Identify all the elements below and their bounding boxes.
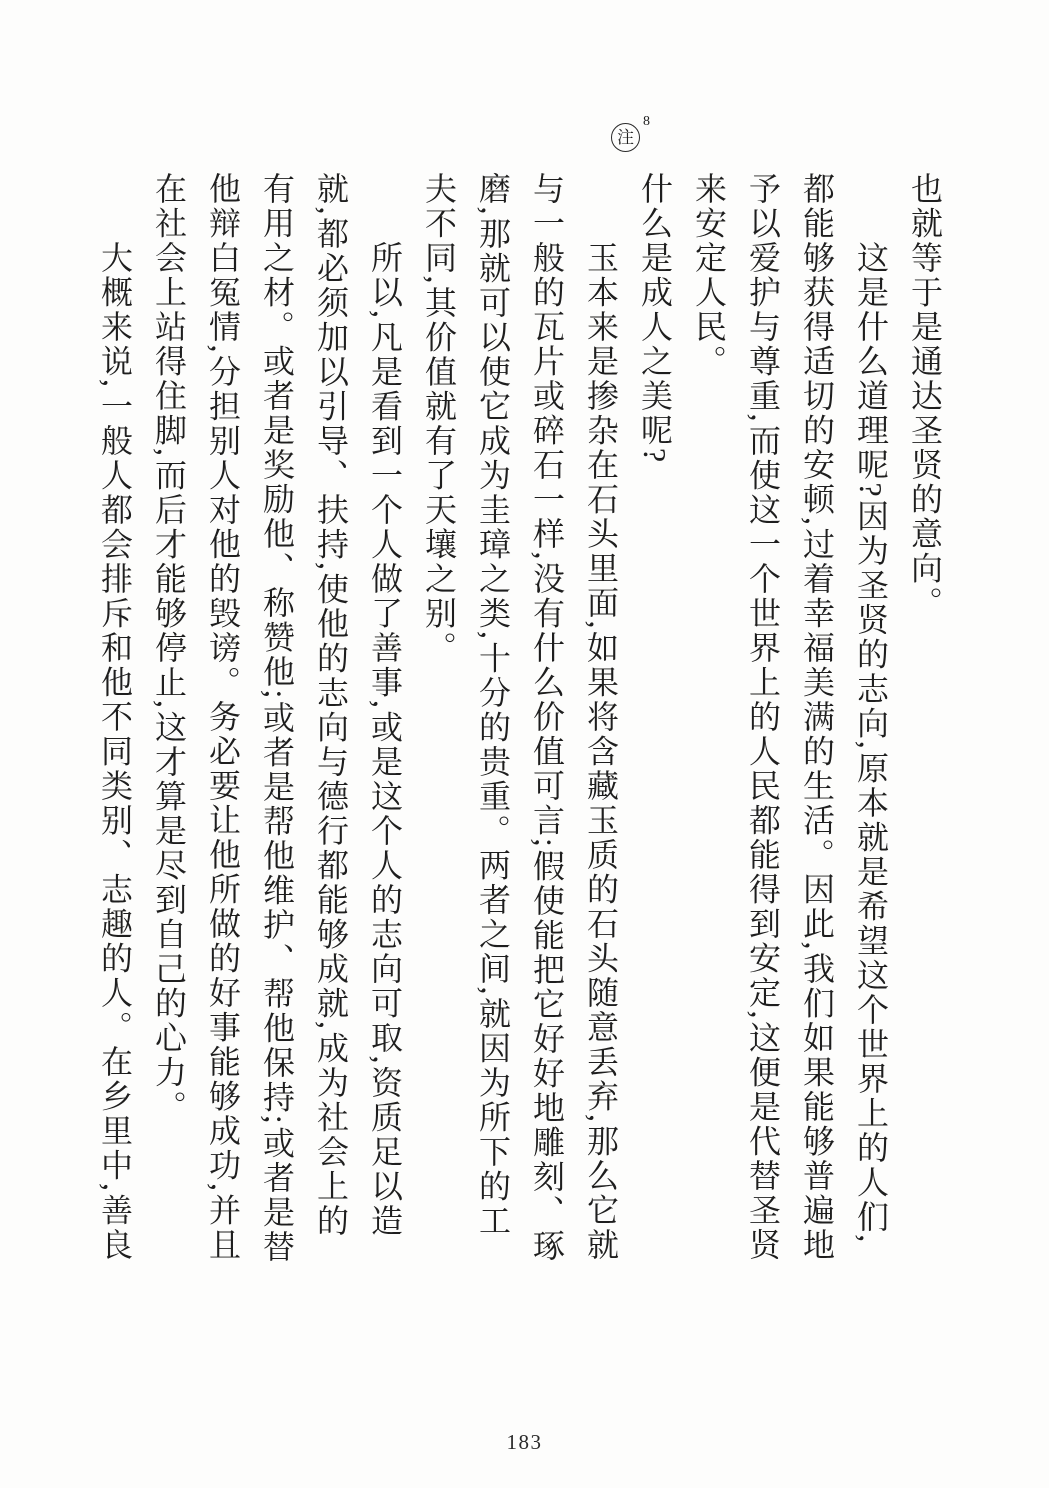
text-column: 予以爱护与尊重,而使这一个世界上的人民都能得到安定,这便是代替圣贤	[736, 172, 790, 1313]
text-column: 所以,凡是看到一个人做了善事,或是这个人的志向可取,资质足以造	[358, 172, 412, 1313]
vertical-text-area: 也就等于是通达圣贤的意向。 这是什么道理呢?因为圣贤的志向,原本就是希望这个世界…	[88, 172, 952, 1313]
text-column: 大概来说,一般人都会排斥和他不同类别、志趣的人。在乡里中,善良	[88, 172, 142, 1313]
note-superscript-number: 8	[643, 114, 650, 130]
text-column: 也就等于是通达圣贤的意向。	[898, 172, 952, 1313]
text-column: 在社会上站得住脚,而后才能够停止,这才算是尽到自己的心力。	[142, 172, 196, 1313]
note-marker: 注 8	[611, 123, 661, 163]
text-column: 都能够获得适切的安顿,过着幸福美满的生活。因此,我们如果能够普遍地	[790, 172, 844, 1313]
text-column: 就,都必须加以引导、扶持,使他的志向与德行都能够成就,成为社会上的	[304, 172, 358, 1313]
text-column: 有用之材。或者是奖励他、称赞他;或者是帮他维护、帮他保持;或者是替	[250, 172, 304, 1313]
text-column: 他辩白冤情,分担别人对他的毁谤。务必要让他所做的好事能够成功,并且	[196, 172, 250, 1313]
text-column: 夫不同,其价值就有了天壤之别。	[412, 172, 466, 1313]
page-number: 183	[0, 1430, 1049, 1455]
section-heading-column: 什么是成人之美呢?	[628, 172, 682, 1313]
text-column: 这是什么道理呢?因为圣贤的志向,原本就是希望这个世界上的人们,	[844, 172, 898, 1313]
text-column: 玉本来是掺杂在石头里面,如果将含藏玉质的石头随意丢弃,那么它就	[574, 172, 628, 1313]
text-column: 来安定人民。	[682, 172, 736, 1313]
book-page: 注 8 也就等于是通达圣贤的意向。 这是什么道理呢?因为圣贤的志向,原本就是希望…	[0, 0, 1049, 1488]
text-column: 与一般的瓦片或碎石一样,没有什么价值可言;假使能把它好好地雕刻、琢	[520, 172, 574, 1313]
circled-note-icon: 注	[611, 123, 640, 152]
text-column: 磨,那就可以使它成为圭璋之类,十分的贵重。两者之间,就因为所下的工	[466, 172, 520, 1313]
